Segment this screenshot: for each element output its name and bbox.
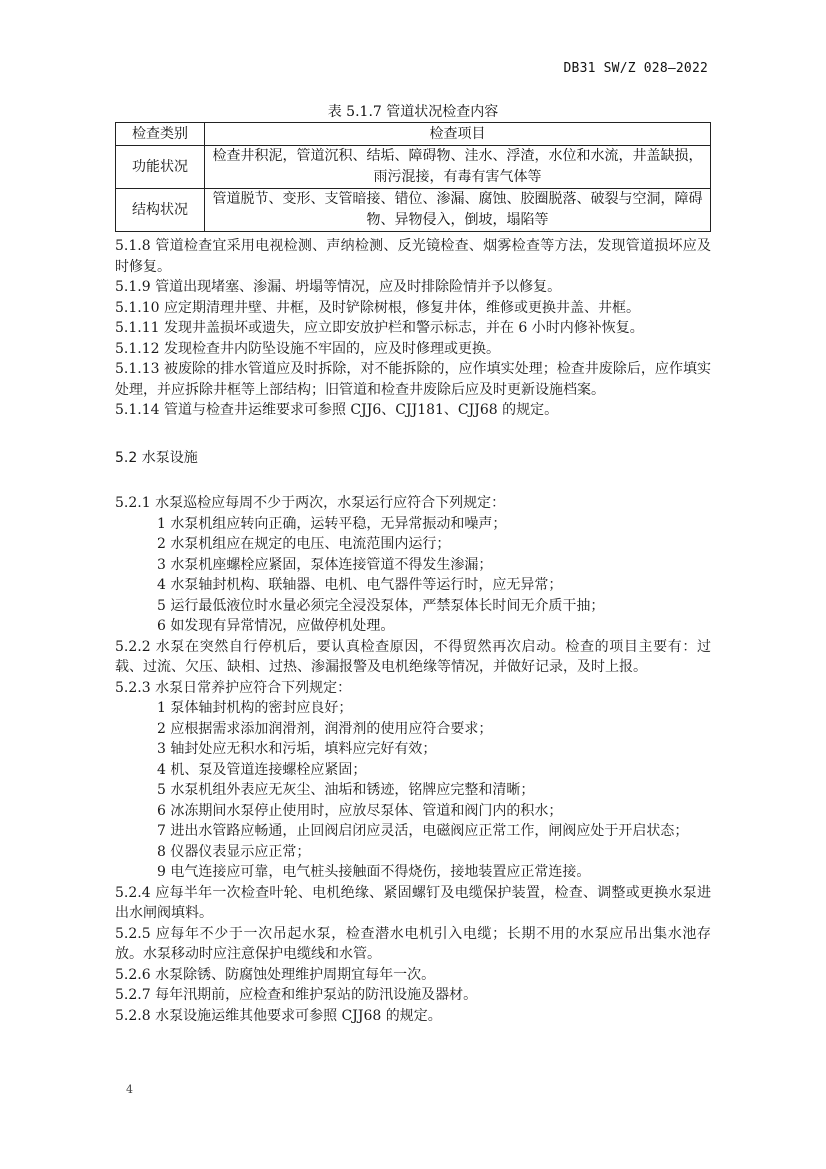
column-header-category: 检查类别 [116,123,205,146]
clause-5-2-2: 5.2.2 水泵在突然自行停机后，要认真检查原因，不得贸然再次启动。检查的项目主… [115,637,711,678]
list-item: 5 运行最低液位时水量必须完全浸没泵体，严禁泵体长时间无介质干抽； [115,596,711,617]
list-item: 5 水泵机组外表应无灰尘、油垢和锈迹，铭牌应完整和清晰； [115,780,711,801]
clause-5-1-14: 5.1.14 管道与检查井运维要求可参照 CJJ6、CJJ181、CJJ68 的… [115,400,711,421]
clause-5-1-9: 5.1.9 管道出现堵塞、渗漏、坍塌等情况，应及时排除险情并予以修复。 [115,277,711,298]
clause-5-2-1: 5.2.1 水泵巡检应每周不少于两次，水泵运行应符合下列规定： [115,493,711,514]
clause-5-2-3: 5.2.3 水泵日常养护应符合下列规定： [115,678,711,699]
table-row: 结构状况 管道脱节、变形、支管暗接、错位、渗漏、腐蚀、胶圈脱落、破裂与空洞，障碍… [116,189,711,232]
list-item: 3 水泵机座螺栓应紧固，泵体连接管道不得发生渗漏； [115,555,711,576]
clause-5-2-7: 5.2.7 每年汛期前，应检查和维护泵站的防汛设施及器材。 [115,985,711,1006]
table-cell-category: 结构状况 [116,189,205,232]
clause-5-2-4: 5.2.4 应每半年一次检查叶轮、电机绝缘、紧固螺钉及电缆保护装置，检查、调整或… [115,883,711,924]
clause-5-1-11: 5.1.11 发现井盖损坏或遗失，应立即安放护栏和警示标志，并在 6 小时内修补… [115,318,711,339]
list-item: 2 应根据需求添加润滑剂，润滑剂的使用应符合要求； [115,719,711,740]
column-header-items: 检查项目 [205,123,711,146]
table-caption: 表 5.1.7 管道状况检查内容 [0,101,826,121]
clause-5-1-12: 5.1.12 发现检查井内防坠设施不牢固的，应及时修理或更换。 [115,339,711,360]
document-code-header: DB31 SW/Z 028—2022 [564,61,708,76]
table-cell-items: 检查井积泥，管道沉积、结垢、障碍物、洼水、浮渣，水位和水流，井盖缺损，雨污混接，… [205,146,711,189]
list-item: 6 如发现有异常情况，应做停机处理。 [115,616,711,637]
list-item: 2 水泵机组应在规定的电压、电流范围内运行； [115,534,711,555]
clause-5-2-8: 5.2.8 水泵设施运维其他要求可参照 CJJ68 的规定。 [115,1006,711,1027]
list-item: 1 泵体轴封机构的密封应良好； [115,698,711,719]
section-heading-5-2: 5.2 水泵设施 [115,448,711,469]
clause-5-1-13: 5.1.13 被废除的排水管道应及时拆除，对不能拆除的，应作填实处理；检查井废除… [115,359,711,400]
list-item: 8 仪器仪表显示应正常； [115,842,711,863]
clause-5-2-6: 5.2.6 水泵除锈、防腐蚀处理维护周期宜每年一次。 [115,965,711,986]
table-header-row: 检查类别 检查项目 [116,123,711,146]
clause-5-1-8: 5.1.8 管道检查宜采用电视检测、声纳检测、反光镜检查、烟雾检查等方法，发现管… [115,236,711,277]
list-item: 3 轴封处应无积水和污垢，填料应完好有效； [115,739,711,760]
clause-5-2-5: 5.2.5 应每年不少于一次吊起水泵，检查潜水电机引入电缆；长期不用的水泵应吊出… [115,924,711,965]
list-item: 6 冰冻期间水泵停止使用时，应放尽泵体、管道和阀门内的积水； [115,801,711,822]
document-body: 5.1.8 管道检查宜采用电视检测、声纳检测、反光镜检查、烟雾检查等方法，发现管… [115,236,711,1026]
clause-5-1-10: 5.1.10 应定期清理井壁、井框，及时铲除树根，修复井体，维修或更换井盖、井框… [115,298,711,319]
list-item: 4 水泵轴封机构、联轴器、电机、电气器件等运行时，应无异常； [115,575,711,596]
list-item: 1 水泵机组应转向正确，运转平稳，无异常振动和噪声； [115,514,711,535]
page-number: 4 [126,1083,133,1096]
table-cell-items: 管道脱节、变形、支管暗接、错位、渗漏、腐蚀、胶圈脱落、破裂与空洞，障碍物、异物侵… [205,189,711,232]
list-item: 9 电气连接应可靠，电气桩头接触面不得烧伤，接地装置应正常连接。 [115,862,711,883]
list-item: 7 进出水管路应畅通，止回阀启闭应灵活，电磁阀应正常工作，闸阀应处于开启状态； [115,821,711,842]
table-row: 功能状况 检查井积泥，管道沉积、结垢、障碍物、洼水、浮渣，水位和水流，井盖缺损，… [116,146,711,189]
pipeline-inspection-table: 检查类别 检查项目 功能状况 检查井积泥，管道沉积、结垢、障碍物、洼水、浮渣，水… [115,122,711,232]
table-cell-category: 功能状况 [116,146,205,189]
list-item: 4 机、泵及管道连接螺栓应紧固； [115,760,711,781]
